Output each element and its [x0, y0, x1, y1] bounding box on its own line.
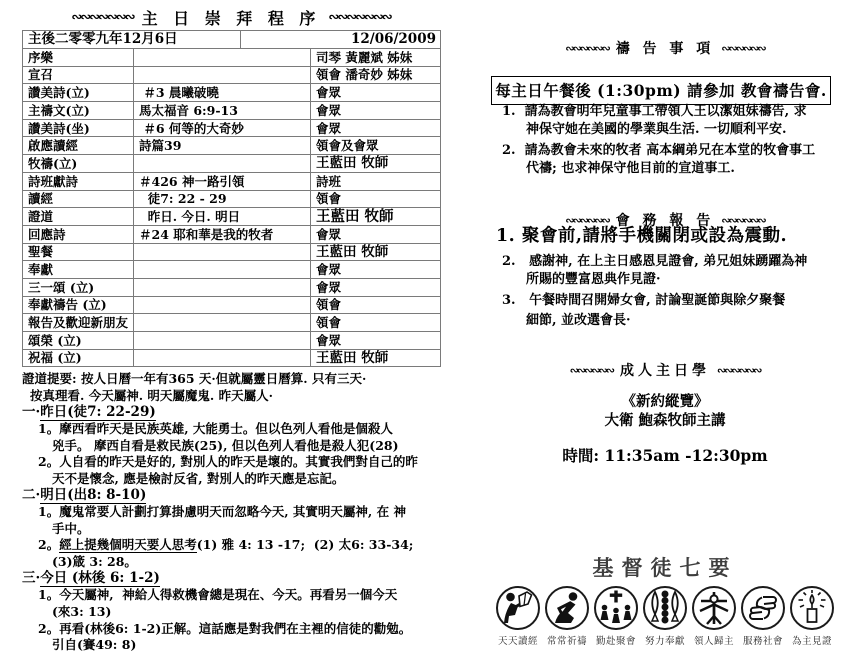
order-content: 馬太福音 6:9-13	[134, 102, 311, 120]
order-content	[134, 332, 311, 350]
essential-label: 天天讀經	[498, 633, 538, 647]
order-item: 頌榮 (立)	[23, 332, 134, 350]
prayer-item: 代禱; 也求神保守他目前的宣道事工.	[526, 160, 735, 178]
table-row: 牧禱(立)王藍田 牧師	[23, 155, 441, 173]
order-item: 回應詩	[23, 225, 134, 243]
order-item: 宣召	[23, 66, 134, 84]
order-item: 奉獻禱告 (立)	[23, 296, 134, 314]
order-who: 領會 潘奇妙 姊妹	[311, 66, 441, 84]
order-content: ＃6 何等的大奇妙	[134, 119, 311, 137]
ornament-left-icon: ∾∾∾∾∾∾	[570, 364, 613, 377]
table-row: 報告及歡迎新朋友領會	[23, 314, 441, 332]
outline-summary-line: 按真理看. 今天屬神. 明天屬魔鬼. 昨天屬人·	[22, 388, 446, 405]
order-content	[134, 349, 311, 367]
essential-label: 勤赴聚會	[596, 633, 636, 647]
outline-point: 2。經上提幾個明天要人思考(1) 雅 4: 13 -17; (2) 太6: 33…	[22, 537, 446, 554]
order-item: 三一頌 (立)	[23, 278, 134, 296]
order-who: 會眾	[311, 119, 441, 137]
ornament-left-icon: ∾∾∾∾∾∾	[565, 42, 608, 55]
order-item: 奉獻	[23, 261, 134, 279]
essential-item: 服務社會	[739, 586, 787, 647]
order-item: 啟應讀經	[23, 137, 134, 155]
ornament-right-icon: ∾∾∾∾∾∾∾	[328, 10, 390, 25]
order-content: ＃426 神一路引領	[134, 172, 311, 190]
order-who: 會眾	[311, 102, 441, 120]
order-content	[134, 261, 311, 279]
table-row: 證道 昨日. 今日. 明日王藍田 牧師	[23, 208, 441, 226]
outline-point: 1。摩西看昨天是民族英雄, 大能勇士。但以色列人看他是個殺人	[22, 421, 446, 438]
prayer-items-title: 禱 告 事 項	[616, 38, 715, 58]
order-item: 聖餐	[23, 243, 134, 261]
essential-label: 領人歸主	[694, 633, 734, 647]
outline-section-heading: 一·昨日(徒7: 22-29)	[22, 404, 446, 421]
outline-point: (來3: 13)	[22, 604, 446, 621]
table-row: 主後二零零九年12月6日 12/06/2009	[23, 31, 441, 49]
ornament-right-icon: ∾∾∾∾∾∾	[721, 214, 764, 227]
order-item: 報告及歡迎新朋友	[23, 314, 134, 332]
ornament-left-icon: ∾∾∾∾∾∾	[565, 214, 608, 227]
section-title: 明日(出8: 8-10)	[40, 487, 146, 504]
outline-section-heading: 二·明日(出8: 8-10)	[22, 487, 446, 504]
table-row: 詩班獻詩＃426 神一路引領詩班	[23, 172, 441, 190]
order-content: ＃3 晨曦破曉	[134, 84, 311, 102]
order-who: 會眾	[311, 332, 441, 350]
order-item: 詩班獻詩	[23, 172, 134, 190]
order-content	[134, 66, 311, 84]
seven-essentials-title: 基督徒七要	[488, 552, 842, 582]
order-who: 領會	[311, 296, 441, 314]
report-item: 3. 午餐時間召開婦女會, 討論聖誕節與除夕聚餐	[502, 292, 785, 310]
page-title: ∾∾∾∾∾∾∾ 主 日 崇 拜 程 序 ∾∾∾∾∾∾∾	[22, 6, 440, 29]
essential-item: 為主見證	[788, 586, 836, 647]
table-row: 回應詩＃24 耶和華是我的牧者會眾	[23, 225, 441, 243]
table-row: 宣召領會 潘奇妙 姊妹	[23, 66, 441, 84]
page-title-text: 主 日 崇 拜 程 序	[142, 6, 321, 29]
essential-label: 服務社會	[743, 633, 783, 647]
praying-icon	[545, 586, 589, 630]
outline-point: 天不是懷念, 應是檢討反省, 對別人的昨天應是忘記。	[22, 471, 446, 488]
essential-item: 領人歸主	[690, 586, 738, 647]
table-row: 讚美詩(坐) ＃6 何等的大奇妙會眾	[23, 119, 441, 137]
section-title: 今日 (林後 6: 1-2)	[40, 570, 160, 587]
report-item: 細節, 並改選會長·	[526, 312, 631, 330]
essential-item: 勤赴聚會	[592, 586, 640, 647]
reading-icon	[496, 586, 540, 630]
order-content	[134, 49, 311, 67]
table-row: 奉獻會眾	[23, 261, 441, 279]
fellowship-icon	[594, 586, 638, 630]
outline-point: 2。再看(林後6: 1-2)正解。這話應是對我們在主裡的信徒的勸勉。	[22, 621, 446, 638]
order-item: 主禱文(立)	[23, 102, 134, 120]
seven-essentials-icons: 天天讀經 常常祈禱 勤赴聚會	[488, 586, 842, 647]
church-bulletin-page: { "colors": {"text": "#000000", "seven_t…	[0, 0, 846, 654]
order-who: 司琴 黃麗斌 姊妹	[311, 49, 441, 67]
prayer-meeting-notice: 每主日午餐後 (1:30pm) 請參加 教會禱告會.	[491, 76, 831, 105]
sermon-outline: 證道提要: 按人日曆一年有365 天·但就屬靈日曆算. 只有三天· 按真理看. …	[22, 371, 446, 654]
table-row: 祝福 (立)王藍田 牧師	[23, 349, 441, 367]
sunday-school-book: 《新約縱覽》	[488, 393, 842, 411]
essential-label: 努力奉獻	[645, 633, 685, 647]
order-who: 會眾	[311, 261, 441, 279]
point-number: 2。	[38, 537, 59, 552]
service-icon	[741, 586, 785, 630]
point-text: (1) 雅 4: 13 -17; (2) 太6: 33-34;	[197, 537, 414, 552]
outline-point: 2。人自看的昨天是好的, 對別人的昨天是壞的。其實我們對自己的昨	[22, 454, 446, 471]
order-item: 證道	[23, 208, 134, 226]
order-who: 王藍田 牧師	[311, 243, 441, 261]
prayer-item: 1. 請為教會明年兒童事工帶領人王以潔姐妹禱告, 求	[502, 103, 807, 121]
order-item: 牧禱(立)	[23, 155, 134, 173]
sunday-school-heading: ∾∾∾∾∾∾ 成人主日學 ∾∾∾∾∾∾	[488, 360, 842, 380]
order-content	[134, 278, 311, 296]
prayer-item: 神保守她在美國的學業與生活. 一切順利平安.	[526, 121, 787, 139]
sunday-school-time: 時間: 11:35am -12:30pm	[488, 447, 842, 465]
table-row: 啟應讀經詩篇39領會及會眾	[23, 137, 441, 155]
order-item: 讚美詩(立)	[23, 84, 134, 102]
table-row: 三一頌 (立)會眾	[23, 278, 441, 296]
prayer-items-heading: ∾∾∾∾∾∾ 禱 告 事 項 ∾∾∾∾∾∾	[488, 38, 842, 58]
order-item: 序樂	[23, 49, 134, 67]
section-number: 二·	[22, 487, 40, 503]
table-row: 奉獻禱告 (立)領會	[23, 296, 441, 314]
outline-section-heading: 三·今日 (林後 6: 1-2)	[22, 570, 446, 587]
order-content	[134, 314, 311, 332]
report-item: 所賜的豐富恩典作見證·	[526, 271, 661, 289]
order-rows-table: 序樂司琴 黃麗斌 姊妹 宣召領會 潘奇妙 姊妹 讚美詩(立) ＃3 晨曦破曉會眾…	[22, 48, 441, 367]
order-content: 徒7: 22 - 29	[134, 190, 311, 208]
table-row: 讚美詩(立) ＃3 晨曦破曉會眾	[23, 84, 441, 102]
date-chinese: 主後二零零九年12月6日	[23, 31, 241, 49]
ornament-right-icon: ∾∾∾∾∾∾	[721, 42, 764, 55]
outline-summary-line: 證道提要: 按人日曆一年有365 天·但就屬靈日曆算. 只有三天·	[22, 371, 446, 388]
date-numeric: 12/06/2009	[241, 31, 441, 49]
order-item: 讀經	[23, 190, 134, 208]
outline-point: 1。今天屬神, 神給人得救機會總是現在、今天。再看另一個今天	[22, 587, 446, 604]
section-number: 一·	[22, 404, 40, 420]
order-content	[134, 155, 311, 173]
order-content: 詩篇39	[134, 137, 311, 155]
order-who: 領會	[311, 190, 441, 208]
essential-label: 常常祈禱	[547, 633, 587, 647]
outline-point: (3)箴 3: 28。	[22, 554, 446, 571]
table-row: 序樂司琴 黃麗斌 姊妹	[23, 49, 441, 67]
essential-item: 常常祈禱	[543, 586, 591, 647]
order-who: 領會及會眾	[311, 137, 441, 155]
section-title: 昨日(徒7: 22-29)	[40, 404, 156, 421]
sunday-school-title: 成人主日學	[620, 360, 710, 380]
table-row: 頌榮 (立)會眾	[23, 332, 441, 350]
order-item: 祝福 (立)	[23, 349, 134, 367]
order-content	[134, 243, 311, 261]
outline-point: 1。魔鬼常要人計劃打算掛慮明天而忽略今天, 其實明天屬神, 在 神	[22, 504, 446, 521]
underlined-phrase: 經上提幾個明天要人思考	[59, 537, 197, 553]
section-number: 三·	[22, 570, 40, 586]
ornament-left-icon: ∾∾∾∾∾∾∾	[71, 10, 133, 25]
witness-icon	[790, 586, 834, 630]
order-who: 王藍田 牧師	[311, 155, 441, 173]
date-row-table: 主後二零零九年12月6日 12/06/2009	[22, 30, 441, 49]
order-who: 詩班	[311, 172, 441, 190]
order-content: ＃24 耶和華是我的牧者	[134, 225, 311, 243]
report-item: 1. 聚會前,請將手機關閉或設為震動.	[496, 227, 787, 245]
table-row: 主禱文(立)馬太福音 6:9-13會眾	[23, 102, 441, 120]
offering-icon	[643, 586, 687, 630]
order-content	[134, 296, 311, 314]
outline-point: 手中。	[22, 521, 446, 538]
order-who: 王藍田 牧師	[311, 208, 441, 226]
outline-point: 兇手。 摩西自看是救民族(25), 但以色列人看他是殺人犯(28)	[22, 438, 446, 455]
table-row: 聖餐王藍田 牧師	[23, 243, 441, 261]
sunday-school-speaker: 大衛 鮑森牧師主講	[488, 412, 842, 430]
outline-point: 引自(賽49: 8)	[22, 637, 446, 654]
order-content: 昨日. 今日. 明日	[134, 208, 311, 226]
table-row: 讀經 徒7: 22 - 29領會	[23, 190, 441, 208]
order-who: 會眾	[311, 225, 441, 243]
order-who: 會眾	[311, 84, 441, 102]
worship-order-table: 主後二零零九年12月6日 12/06/2009 序樂司琴 黃麗斌 姊妹 宣召領會…	[22, 30, 440, 367]
evangelism-icon	[692, 586, 736, 630]
order-who: 會眾	[311, 278, 441, 296]
order-item: 讚美詩(坐)	[23, 119, 134, 137]
essential-item: 努力奉獻	[641, 586, 689, 647]
essential-label: 為主見證	[792, 633, 832, 647]
prayer-item: 2. 請為教會未來的牧者 高本綱弟兄在本堂的牧會事工	[502, 142, 815, 160]
order-who: 王藍田 牧師	[311, 349, 441, 367]
report-item: 2. 感謝神, 在上主日感恩見證會, 弟兄姐妹踴躍為神	[502, 253, 807, 271]
ornament-right-icon: ∾∾∾∾∾∾	[717, 364, 760, 377]
order-who: 領會	[311, 314, 441, 332]
essential-item: 天天讀經	[494, 586, 542, 647]
